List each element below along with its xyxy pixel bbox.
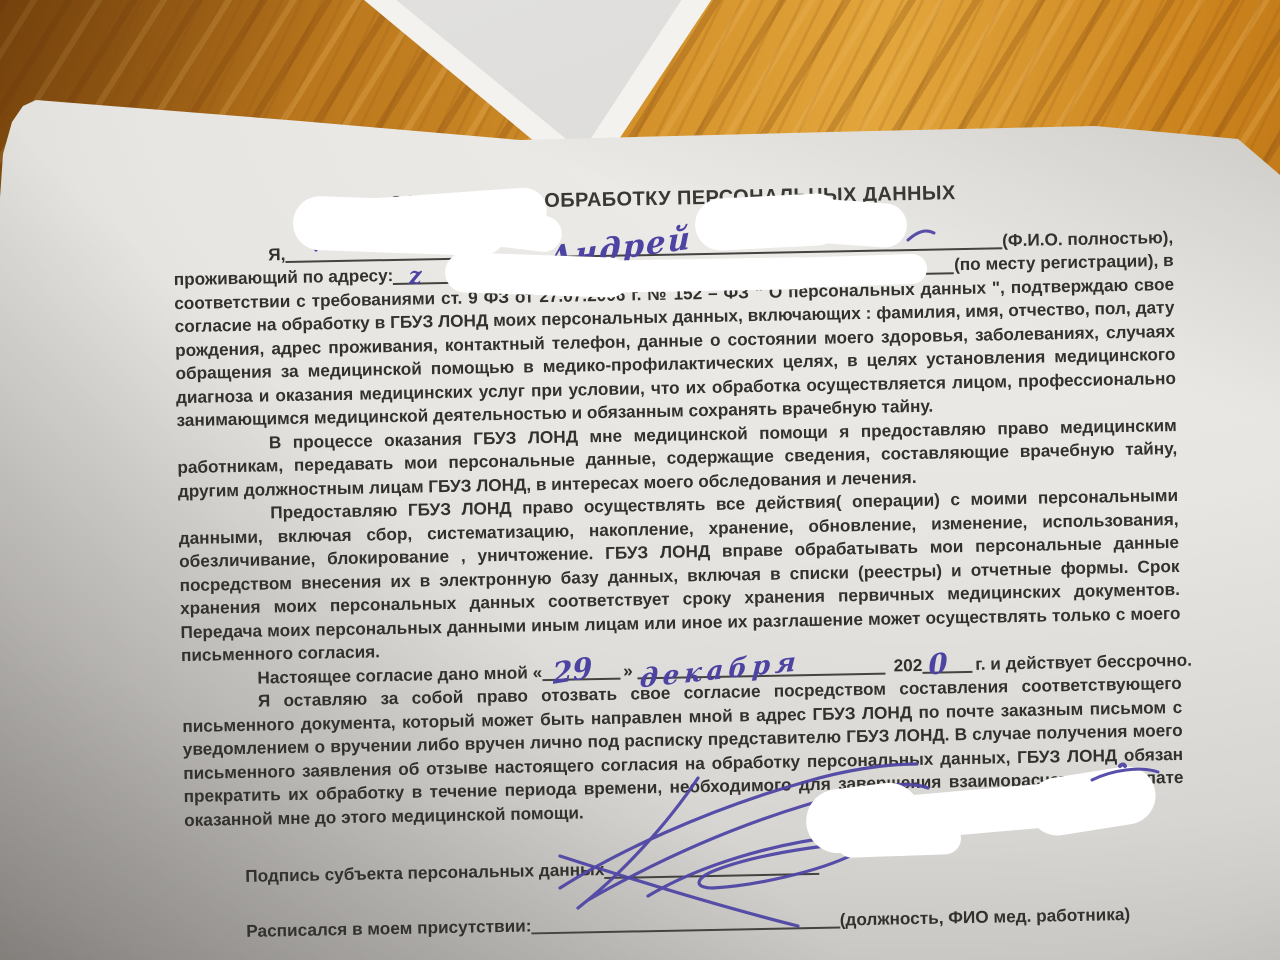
handwritten-year-digit: 0	[928, 651, 948, 677]
photo-scene: СОГЛАСИЕ НА ОБРАБОТКУ ПЕРСОНАЛЬНЫХ ДАННЫ…	[0, 0, 1280, 960]
redaction-blob-name-right-2	[794, 197, 909, 249]
witness-label: Расписался в моем присутствии:	[246, 914, 532, 943]
year-prefix: 202	[893, 653, 922, 677]
year-blank: 0	[922, 669, 972, 674]
subject-signature-blank	[604, 870, 819, 878]
document-text: СОГЛАСИЕ НА ОБРАБОТКУ ПЕРСОНАЛЬНЫХ ДАННЫ…	[172, 178, 1186, 944]
consent-closing-quote: »	[623, 659, 633, 683]
worker-hint: (должность, ФИО мед. работника)	[840, 902, 1131, 931]
address-hint: (по месту регистрации), в	[954, 249, 1174, 277]
redaction-blob-signature-4	[835, 822, 961, 858]
subject-signature-label: Подпись субъекта персональных данных	[245, 858, 605, 888]
paragraph-3: Предоставляю ГБУЗ ЛОНД право осуществлят…	[178, 484, 1181, 668]
i-label: Я,	[268, 243, 286, 267]
handwritten-address-start: z	[409, 264, 422, 289]
day-blank: 29	[542, 676, 620, 681]
handwritten-day: 29	[552, 656, 593, 686]
redaction-blob-address-3	[775, 253, 928, 288]
subject-signature-line: Подпись субъекта персональных данных	[185, 847, 1185, 890]
address-label: проживающий по адресу:	[174, 264, 394, 292]
witness-signature-blank	[532, 925, 840, 935]
paragraph-1: соответствии с требованиями ст. 9 ФЗ от …	[174, 272, 1177, 432]
fio-hint: (Ф.И.О. полностью),	[1002, 225, 1173, 252]
witness-signature-line: Расписался в моем присутствии: (должност…	[186, 901, 1186, 944]
